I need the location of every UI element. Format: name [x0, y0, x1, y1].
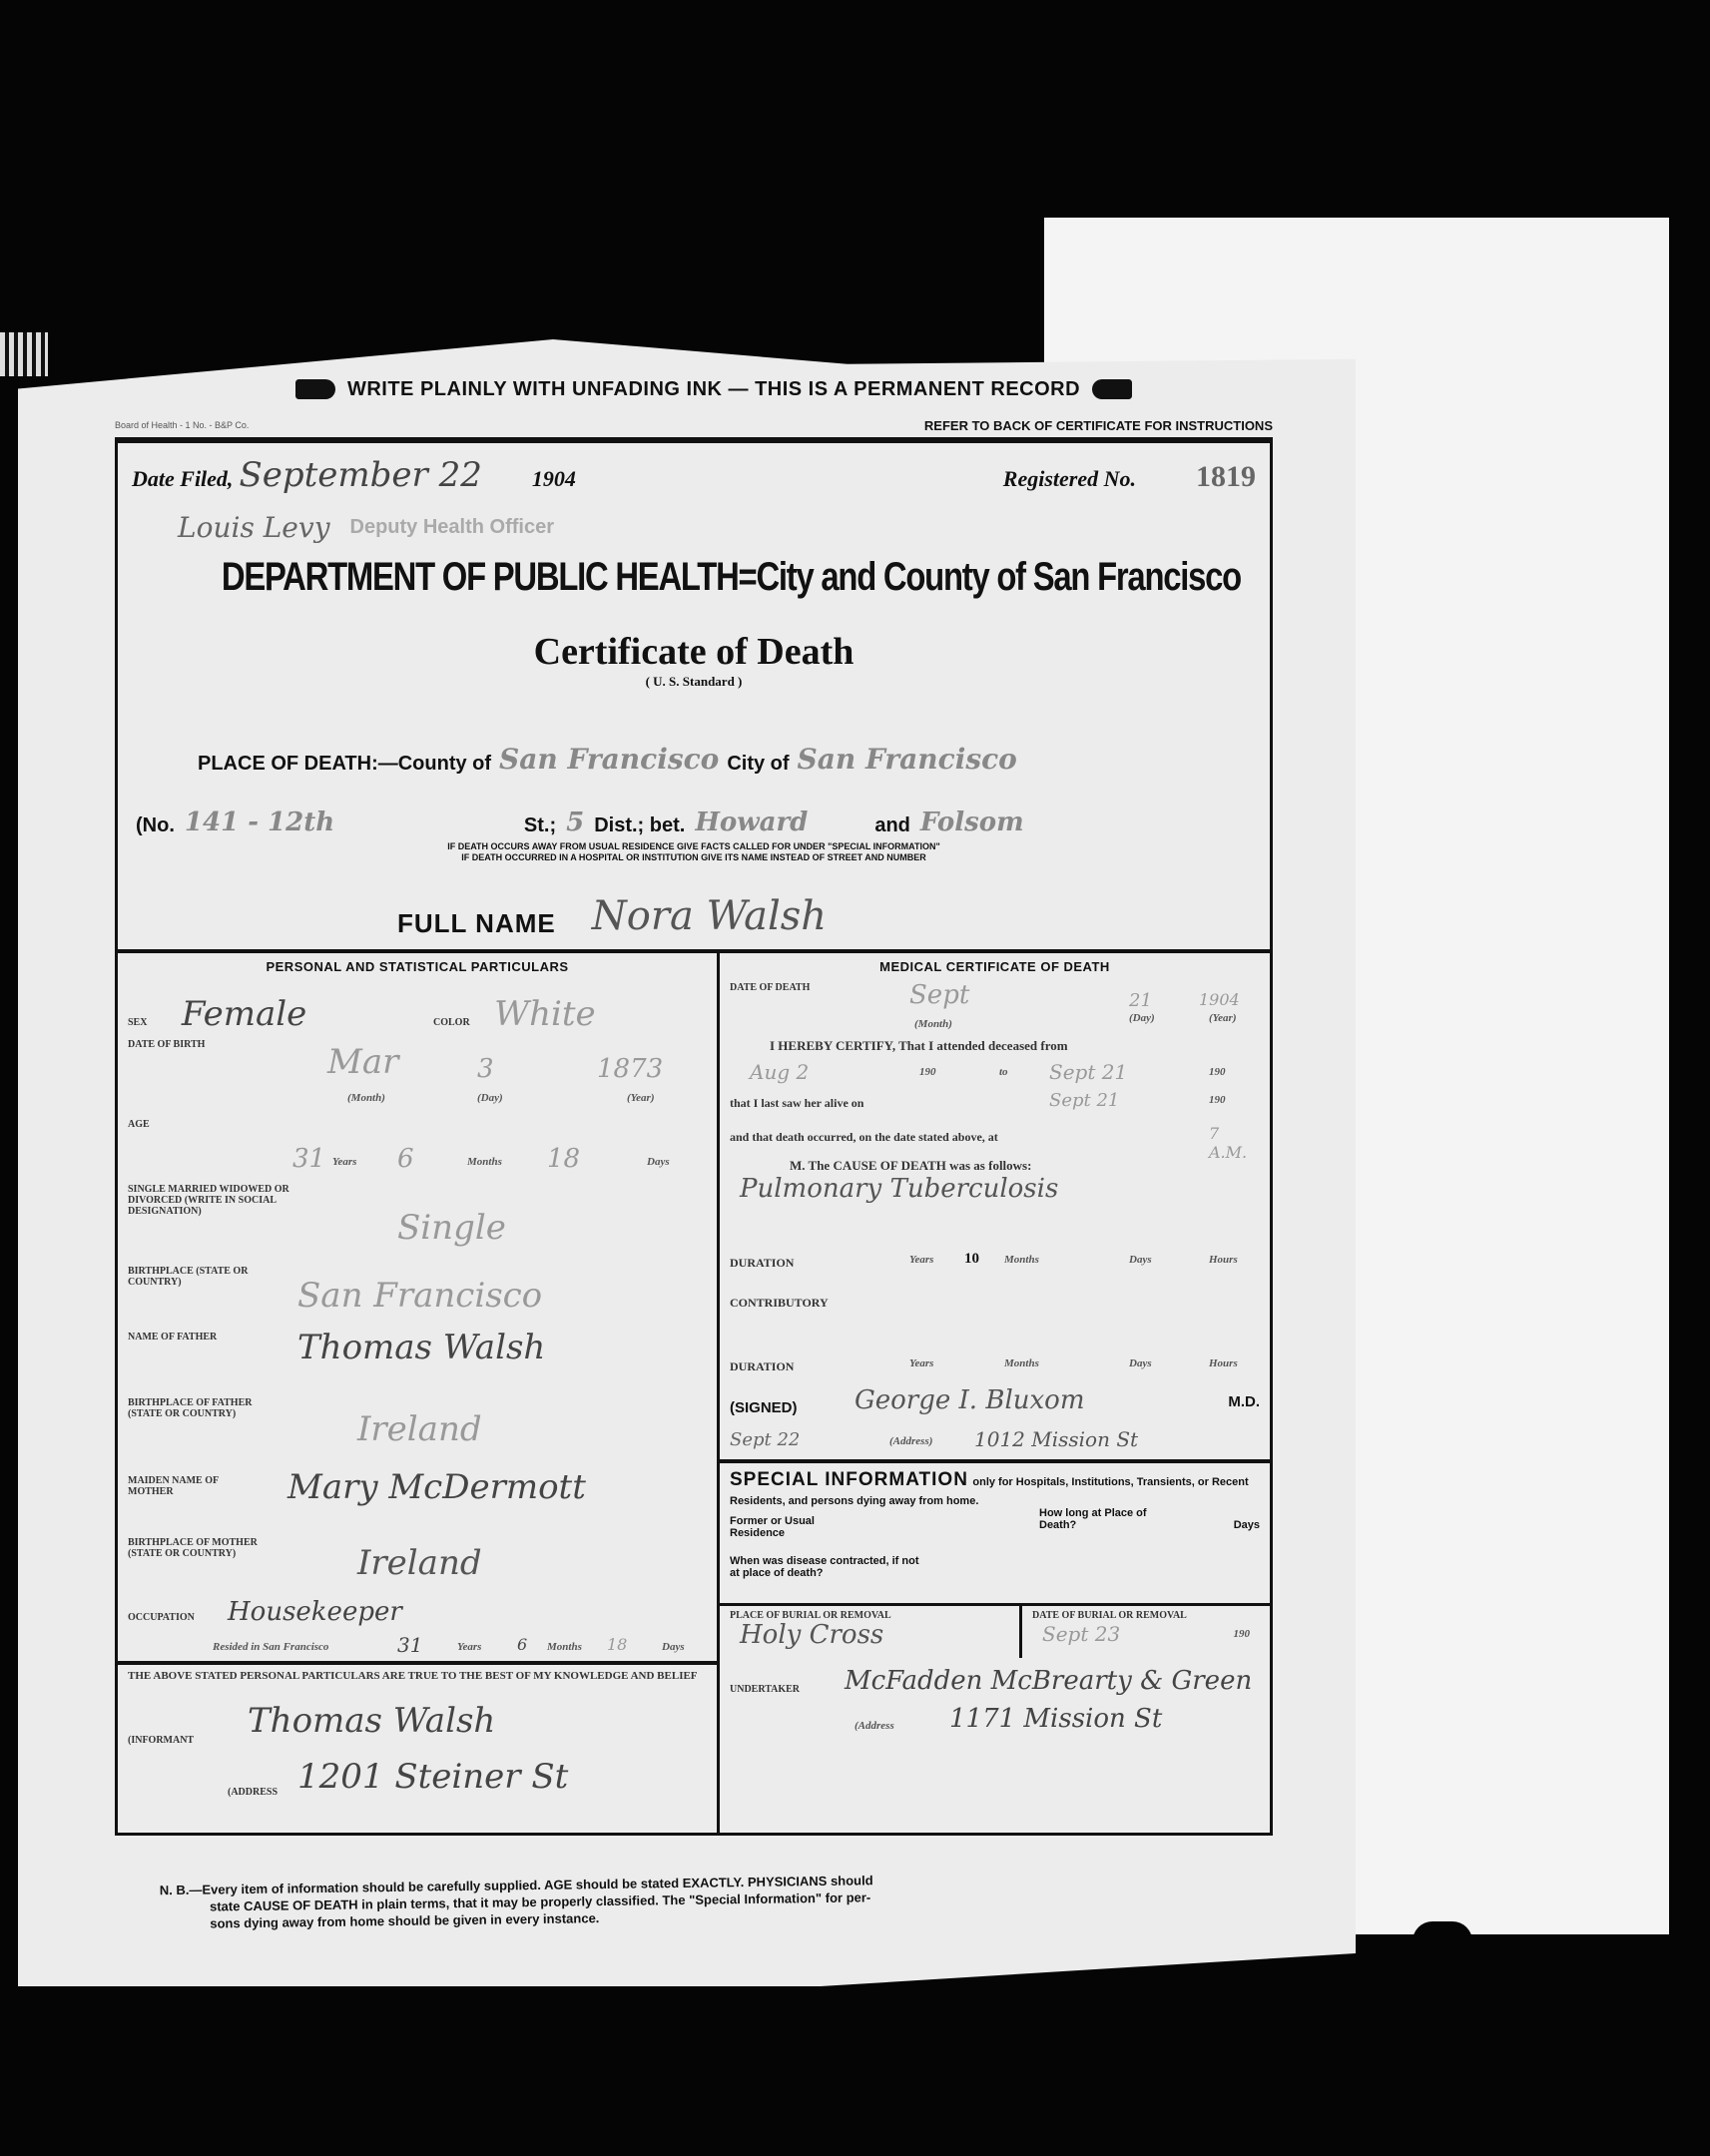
- dod-label: DATE OF DEATH: [730, 982, 810, 993]
- to-label: to: [999, 1066, 1008, 1078]
- registered-label: Registered No.: [1003, 466, 1136, 492]
- dod-day-caption: (Day): [1129, 1012, 1155, 1024]
- dod-month: Sept: [909, 980, 969, 1010]
- personal-particulars: PERSONAL AND STATISTICAL PARTICULARS SEX…: [118, 953, 720, 1833]
- physician-address: 1012 Mission St: [974, 1427, 1138, 1451]
- duration-months-caption: Months: [1004, 1254, 1039, 1266]
- duration2-hours-caption: Hours: [1209, 1357, 1238, 1369]
- registered-number: Registered No. 1819: [1003, 460, 1256, 494]
- st-value: 5: [566, 808, 584, 837]
- undertaker-value: McFadden McBrearty & Green: [845, 1666, 1252, 1696]
- color-label: COLOR: [433, 1017, 470, 1028]
- banner-text: WRITE PLAINLY WITH UNFADING INK — THIS I…: [347, 378, 1080, 401]
- marital-label: SINGLE MARRIED WIDOWED OR DIVORCED (Writ…: [128, 1184, 317, 1217]
- duration-months-value: 10: [964, 1251, 979, 1268]
- resided-days-caption: Days: [662, 1641, 685, 1653]
- resided-label: Resided in San Francisco: [213, 1641, 328, 1653]
- duration-days-caption: Days: [1129, 1254, 1152, 1266]
- place-of-death-row: PLACE OF DEATH:—County of San Francisco …: [118, 726, 1270, 776]
- filed-year: 1904: [532, 466, 576, 492]
- duration-label-2: DURATION: [730, 1359, 794, 1373]
- dod-year: 1904: [1199, 990, 1240, 1009]
- md-label: M.D.: [1228, 1393, 1260, 1410]
- attended-row: Aug 2 190 to Sept 21 190: [730, 1054, 1260, 1094]
- duration-years-caption: Years: [909, 1254, 933, 1266]
- dob-day: 3: [477, 1054, 494, 1084]
- informant-statement: THE ABOVE STATED PERSONAL PARTICULARS AR…: [128, 1671, 707, 1682]
- dod-row: DATE OF DEATH Sept 21 1904 (Month) (Day)…: [730, 974, 1260, 1038]
- marital-value: Single: [397, 1208, 506, 1248]
- banner: WRITE PLAINLY WITH UNFADING INK — THIS I…: [155, 369, 1273, 409]
- year-caption: (Year): [627, 1092, 655, 1104]
- sex-value: Female: [182, 994, 306, 1034]
- sex-label: SEX: [128, 1017, 147, 1028]
- month-caption: (Month): [347, 1092, 385, 1104]
- father-birthplace-label: BIRTHPLACE OF FATHER (State or Country): [128, 1397, 258, 1419]
- department-title: DEPARTMENT OF PUBLIC HEALTH=City and Cou…: [222, 555, 1166, 600]
- burial-year: 190: [1234, 1628, 1251, 1640]
- date-filed-label: Date Filed,: [132, 466, 233, 492]
- medical-certificate: MEDICAL CERTIFICATE OF DEATH DATE OF DEA…: [720, 953, 1270, 1833]
- personal-heading: PERSONAL AND STATISTICAL PARTICULARS: [128, 959, 707, 974]
- mother-label: MAIDEN NAME OF MOTHER: [128, 1475, 258, 1497]
- mother-row: MAIDEN NAME OF MOTHER Mary McDermott: [128, 1475, 707, 1537]
- place-of-death-label: PLACE OF DEATH:—County of: [198, 753, 491, 776]
- certify-text: I HEREBY CERTIFY, That I attended deceas…: [730, 1038, 1260, 1054]
- city-label: City of: [727, 753, 789, 776]
- pointing-hand-icon: [1092, 379, 1132, 399]
- birthplace-label: BIRTHPLACE (State or Country): [128, 1266, 268, 1288]
- former-residence-label: Former or Usual Residence: [730, 1515, 830, 1539]
- between-2: Folsom: [920, 808, 1024, 837]
- signed-row: (SIGNED) George I. Bluxom M.D.: [730, 1391, 1260, 1429]
- date-filed-value: September 22: [239, 455, 481, 495]
- cause-value: Pulmonary Tuberculosis: [730, 1174, 1260, 1254]
- undertaker-address: 1171 Mission St: [949, 1704, 1162, 1734]
- form-code: Board of Health - 1 No. - B&P Co.: [115, 420, 249, 430]
- instructions-note: REFER TO BACK OF CERTIFICATE FOR INSTRUC…: [924, 418, 1273, 433]
- duration2-years-caption: Years: [909, 1357, 933, 1369]
- father-row: NAME OF FATHER Thomas Walsh: [128, 1332, 707, 1397]
- pointing-hand-icon: [295, 379, 335, 399]
- resided-months-caption: Months: [547, 1641, 582, 1653]
- last-saw-year: 190: [1209, 1094, 1226, 1106]
- residence-note-line2: IF DEATH OCCURRED IN A HOSPITAL OR INSTI…: [118, 852, 1270, 863]
- mother-value: Mary McDermott: [287, 1467, 586, 1507]
- informant-section: THE ABOVE STATED PERSONAL PARTICULARS AR…: [118, 1661, 717, 1827]
- county-value: San Francisco: [499, 743, 719, 776]
- and-label: and: [874, 814, 910, 837]
- certificate-standard: ( U. S. Standard ): [118, 674, 1270, 690]
- signed-date: Sept 22: [730, 1429, 800, 1450]
- days-label: Days: [1234, 1519, 1260, 1531]
- resided-years: 31: [397, 1633, 422, 1657]
- duration2-days-caption: Days: [1129, 1357, 1152, 1369]
- dist-label: Dist.; bet.: [594, 814, 685, 837]
- contributory-label: CONTRIBUTORY: [730, 1296, 829, 1310]
- father-label: NAME OF FATHER: [128, 1332, 218, 1343]
- birthplace-value: San Francisco: [297, 1276, 542, 1316]
- dob-row: DATE OF BIRTH Mar 3 1873 (Month) (Day) (…: [128, 1034, 707, 1114]
- age-years-caption: Years: [332, 1156, 356, 1168]
- age-days: 18: [547, 1144, 580, 1174]
- dod-month-caption: (Month): [914, 1018, 952, 1030]
- attended-to-year: 190: [1209, 1066, 1226, 1078]
- certificate-box: Date Filed, September 22 1904 Registered…: [115, 437, 1273, 1836]
- special-title: SPECIAL INFORMATION: [730, 1469, 968, 1490]
- day-caption: (Day): [477, 1092, 503, 1104]
- burial-section: PLACE OF BURIAL OR REMOVAL Holy Cross DA…: [720, 1603, 1270, 1658]
- marital-row: SINGLE MARRIED WIDOWED OR DIVORCED (Writ…: [128, 1184, 707, 1266]
- death-time-row: and that death occurred, on the date sta…: [730, 1128, 1260, 1158]
- mother-birthplace-row: BIRTHPLACE OF MOTHER (State or Country) …: [128, 1537, 707, 1607]
- resided-years-caption: Years: [457, 1641, 481, 1653]
- undertaker-label: UNDERTAKER: [730, 1684, 800, 1695]
- mother-birthplace-value: Ireland: [357, 1543, 482, 1583]
- contributory-row: CONTRIBUTORY: [730, 1294, 1260, 1357]
- attended-from: Aug 2: [750, 1060, 809, 1084]
- physician-address-label: (Address): [889, 1435, 932, 1447]
- duration-label: DURATION: [730, 1256, 794, 1270]
- binding-edge: [0, 332, 48, 376]
- full-name-value: Nora Walsh: [592, 893, 827, 939]
- signed-label: (SIGNED): [730, 1399, 798, 1416]
- age-label: AGE: [128, 1119, 150, 1130]
- age-row: AGE 31 Years 6 Months 18 Days: [128, 1114, 707, 1184]
- form-subline: Board of Health - 1 No. - B&P Co. REFER …: [115, 415, 1273, 435]
- physician-signature: George I. Bluxom: [855, 1385, 1084, 1415]
- burial-place-value: Holy Cross: [740, 1620, 883, 1650]
- death-occurred-label: and that death occurred, on the date sta…: [730, 1130, 998, 1144]
- death-certificate-form: WRITE PLAINLY WITH UNFADING INK — THIS I…: [115, 369, 1273, 1836]
- how-long-label: How long at Place of Death?: [1039, 1507, 1159, 1531]
- informant-address-label: (Address: [228, 1787, 278, 1798]
- special-information: SPECIAL INFORMATION only for Hospitals, …: [720, 1459, 1270, 1603]
- dod-year-caption: (Year): [1209, 1012, 1237, 1024]
- informant-label: (Informant: [128, 1735, 194, 1746]
- undertaker-address-label: (Address: [855, 1720, 894, 1732]
- death-time: 7 A.M.: [1209, 1124, 1260, 1162]
- duration-row: DURATION Years 10 Months Days Hours: [730, 1254, 1260, 1294]
- father-value: Thomas Walsh: [297, 1328, 545, 1367]
- age-days-caption: Days: [647, 1156, 670, 1168]
- age-years: 31: [292, 1144, 325, 1174]
- duration2-months-caption: Months: [1004, 1357, 1039, 1369]
- city-value: San Francisco: [798, 743, 1017, 776]
- father-birthplace-value: Ireland: [357, 1409, 482, 1449]
- registered-value: 1819: [1196, 460, 1256, 494]
- duration-hours-caption: Hours: [1209, 1254, 1238, 1266]
- deputy-label: Deputy Health Officer: [350, 516, 554, 539]
- dob-label: DATE OF BIRTH: [128, 1039, 205, 1050]
- deputy-signature: Louis Levy: [178, 511, 330, 544]
- resided-row: Resided in San Francisco 31 Years 6 Mont…: [128, 1641, 707, 1661]
- resided-months: 6: [517, 1635, 527, 1654]
- occupation-label: OCCUPATION: [128, 1612, 195, 1623]
- dob-month: Mar: [327, 1042, 398, 1082]
- occupation-value: Housekeeper: [228, 1597, 402, 1627]
- certificate-title: Certificate of Death: [118, 630, 1270, 674]
- address-row: (No. 141 - 12th St.; 5 Dist.; bet. Howar…: [118, 788, 1270, 837]
- age-months: 6: [397, 1144, 414, 1174]
- informant-value: Thomas Walsh: [248, 1701, 495, 1741]
- father-birthplace-row: BIRTHPLACE OF FATHER (State or Country) …: [128, 1397, 707, 1475]
- filing-row: Date Filed, September 22 1904 Registered…: [118, 443, 1270, 503]
- no-label: (No.: [136, 814, 175, 837]
- residence-note-line1: IF DEATH OCCURS AWAY FROM USUAL RESIDENC…: [118, 841, 1270, 852]
- full-name-label: FULL NAME: [397, 908, 556, 939]
- physician-address-row: Sept 22 (Address) 1012 Mission St: [730, 1429, 1260, 1459]
- undertaker-section: UNDERTAKER McFadden McBrearty & Green (A…: [730, 1658, 1260, 1744]
- full-name-row: FULL NAME Nora Walsh: [118, 869, 1270, 939]
- attended-to: Sept 21: [1049, 1060, 1127, 1084]
- special-header: SPECIAL INFORMATION only for Hospitals, …: [730, 1469, 1260, 1509]
- residence-note: IF DEATH OCCURS AWAY FROM USUAL RESIDENC…: [118, 841, 1270, 863]
- birthplace-row: BIRTHPLACE (State or Country) San Franci…: [128, 1266, 707, 1332]
- two-column-section: PERSONAL AND STATISTICAL PARTICULARS SEX…: [118, 949, 1270, 1833]
- dod-day: 21: [1129, 990, 1152, 1011]
- street-number: 141 - 12th: [185, 808, 514, 837]
- last-saw-date: Sept 21: [1049, 1090, 1119, 1111]
- contracted-label: When was disease contracted, if not at p…: [730, 1555, 929, 1579]
- dob-year: 1873: [597, 1054, 663, 1084]
- between-1: Howard: [695, 808, 864, 837]
- scan-shadow: [1413, 1921, 1472, 2031]
- burial-date-label: DATE OF BURIAL OR REMOVAL: [1032, 1610, 1260, 1621]
- medical-heading: MEDICAL CERTIFICATE OF DEATH: [730, 959, 1260, 974]
- burial-place: PLACE OF BURIAL OR REMOVAL Holy Cross: [720, 1606, 1022, 1658]
- st-label: St.;: [524, 814, 556, 837]
- informant-address-value: 1201 Steiner St: [297, 1757, 568, 1797]
- resided-days: 18: [607, 1635, 627, 1654]
- sex-color-row: SEX Female COLOR White: [128, 974, 707, 1034]
- burial-date: DATE OF BURIAL OR REMOVAL Sept 23 190: [1022, 1606, 1270, 1658]
- deputy-row: Louis Levy Deputy Health Officer: [118, 503, 1270, 551]
- last-saw-row: that I last saw her alive on Sept 21 190: [730, 1094, 1260, 1128]
- cause-label: M. The CAUSE OF DEATH was as follows:: [730, 1158, 1260, 1174]
- color-value: White: [494, 994, 596, 1034]
- age-months-caption: Months: [467, 1156, 502, 1168]
- mother-birthplace-label: BIRTHPLACE OF MOTHER (State or Country): [128, 1537, 258, 1559]
- last-saw-label: that I last saw her alive on: [730, 1096, 863, 1110]
- burial-date-value: Sept 23: [1042, 1622, 1120, 1646]
- attended-from-year: 190: [919, 1066, 936, 1078]
